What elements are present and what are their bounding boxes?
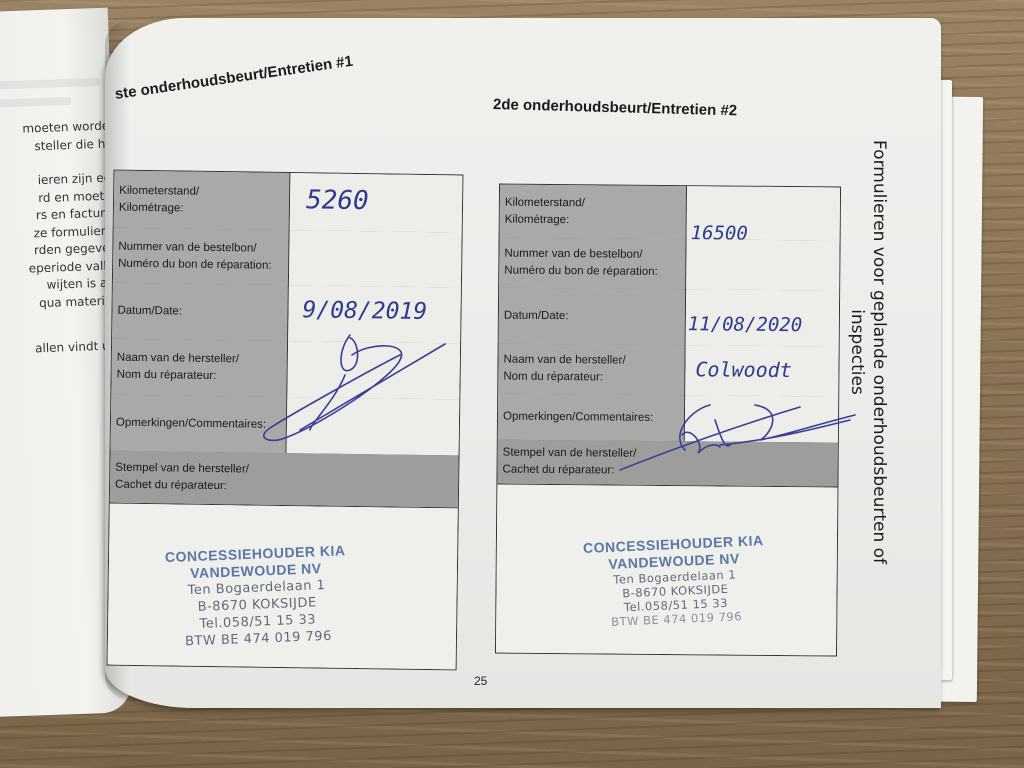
stamp-label-row: Stempel van de hersteller/ Cachet du rép… <box>497 440 837 488</box>
order-number-field[interactable] <box>686 239 839 290</box>
mileage-label: Kilometerstand/ Kilométrage: <box>114 171 291 230</box>
order-number-row: Nummer van de bestelbon/ Numéro du bon d… <box>499 238 839 292</box>
repairer-name-label: Naam van de hersteller/ Nom du réparateu… <box>111 339 288 397</box>
date-row: Datum/Date: 11/08/2020 <box>499 288 839 348</box>
mileage-label: Kilometerstand/ Kilométrage: <box>500 185 687 240</box>
repairer-name-row: Naam van de hersteller/ Nom du réparateu… <box>498 344 838 398</box>
order-number-field[interactable] <box>289 230 462 287</box>
repairer-name-value: Colwoodt <box>695 357 792 382</box>
stamp-label-row: Stempel van de hersteller/ Cachet du rép… <box>110 451 459 509</box>
stamp-label: Stempel van de hersteller/ Cachet du rép… <box>110 451 459 508</box>
dealer-stamp: CONCESSIEHOUDER KIA VANDEWOUDE NV Ten Bo… <box>583 532 767 630</box>
date-value: 9/08/2019 <box>302 297 427 325</box>
bleed-through-text <box>0 97 71 108</box>
stamp-label: Stempel van de hersteller/ Cachet du rép… <box>497 440 837 487</box>
date-field[interactable]: 9/08/2019 <box>288 285 461 343</box>
repairer-name-field[interactable] <box>287 341 460 399</box>
maintenance-form-1: Kilometerstand/ Kilométrage: 5260 Nummer… <box>107 170 464 671</box>
date-value: 11/08/2020 <box>688 313 803 336</box>
remarks-row: Opmerkingen/Commentaires: <box>111 395 460 457</box>
order-number-row: Nummer van de bestelbon/ Numéro du bon d… <box>113 228 462 289</box>
remarks-label: Opmerkingen/Commentaires: <box>111 395 288 453</box>
maintenance-form-2: Kilometerstand/ Kilométrage: 16500 Numme… <box>495 184 841 657</box>
order-number-label: Nummer van de bestelbon/ Numéro du bon d… <box>113 228 290 285</box>
mileage-field[interactable]: 16500 <box>687 186 840 240</box>
order-number-label: Nummer van de bestelbon/ Numéro du bon d… <box>499 238 686 290</box>
mileage-row: Kilometerstand/ Kilométrage: 16500 <box>500 185 840 242</box>
page-number: 25 <box>474 674 487 688</box>
remarks-label: Opmerkingen/Commentaires: <box>498 394 685 442</box>
repairer-name-row: Naam van de hersteller/ Nom du réparateu… <box>111 339 460 401</box>
date-field[interactable]: 11/08/2020 <box>686 289 839 346</box>
side-title: Formulieren voor geplande onderhoudsbeur… <box>846 140 890 564</box>
mileage-value: 5260 <box>306 185 369 216</box>
date-label: Datum/Date: <box>499 288 686 346</box>
side-title-line-2: inspecties <box>846 140 868 564</box>
stamp-area: CONCESSIEHOUDER KIA VANDEWOUDE NV Ten Bo… <box>108 504 458 670</box>
side-title-line-1: Formulieren voor geplande onderhoudsbeur… <box>868 140 890 564</box>
repairer-name-label: Naam van de hersteller/ Nom du réparateu… <box>498 344 685 396</box>
remarks-row: Opmerkingen/Commentaires: <box>498 394 838 444</box>
mileage-row: Kilometerstand/ Kilométrage: 5260 <box>114 171 463 234</box>
stamp-area: CONCESSIEHOUDER KIA VANDEWOUDE NV Ten Bo… <box>496 485 837 656</box>
remarks-field[interactable] <box>287 397 460 455</box>
date-row: Datum/Date: 9/08/2019 <box>112 283 461 345</box>
remarks-field[interactable] <box>685 395 838 442</box>
dealer-stamp: CONCESSIEHOUDER KIA VANDEWOUDE NV Ten Bo… <box>165 542 349 651</box>
date-label: Datum/Date: <box>112 283 289 341</box>
bleed-through-heading <box>0 78 100 90</box>
mileage-field[interactable]: 5260 <box>290 173 463 232</box>
repairer-name-field[interactable]: Colwoodt <box>685 345 838 396</box>
